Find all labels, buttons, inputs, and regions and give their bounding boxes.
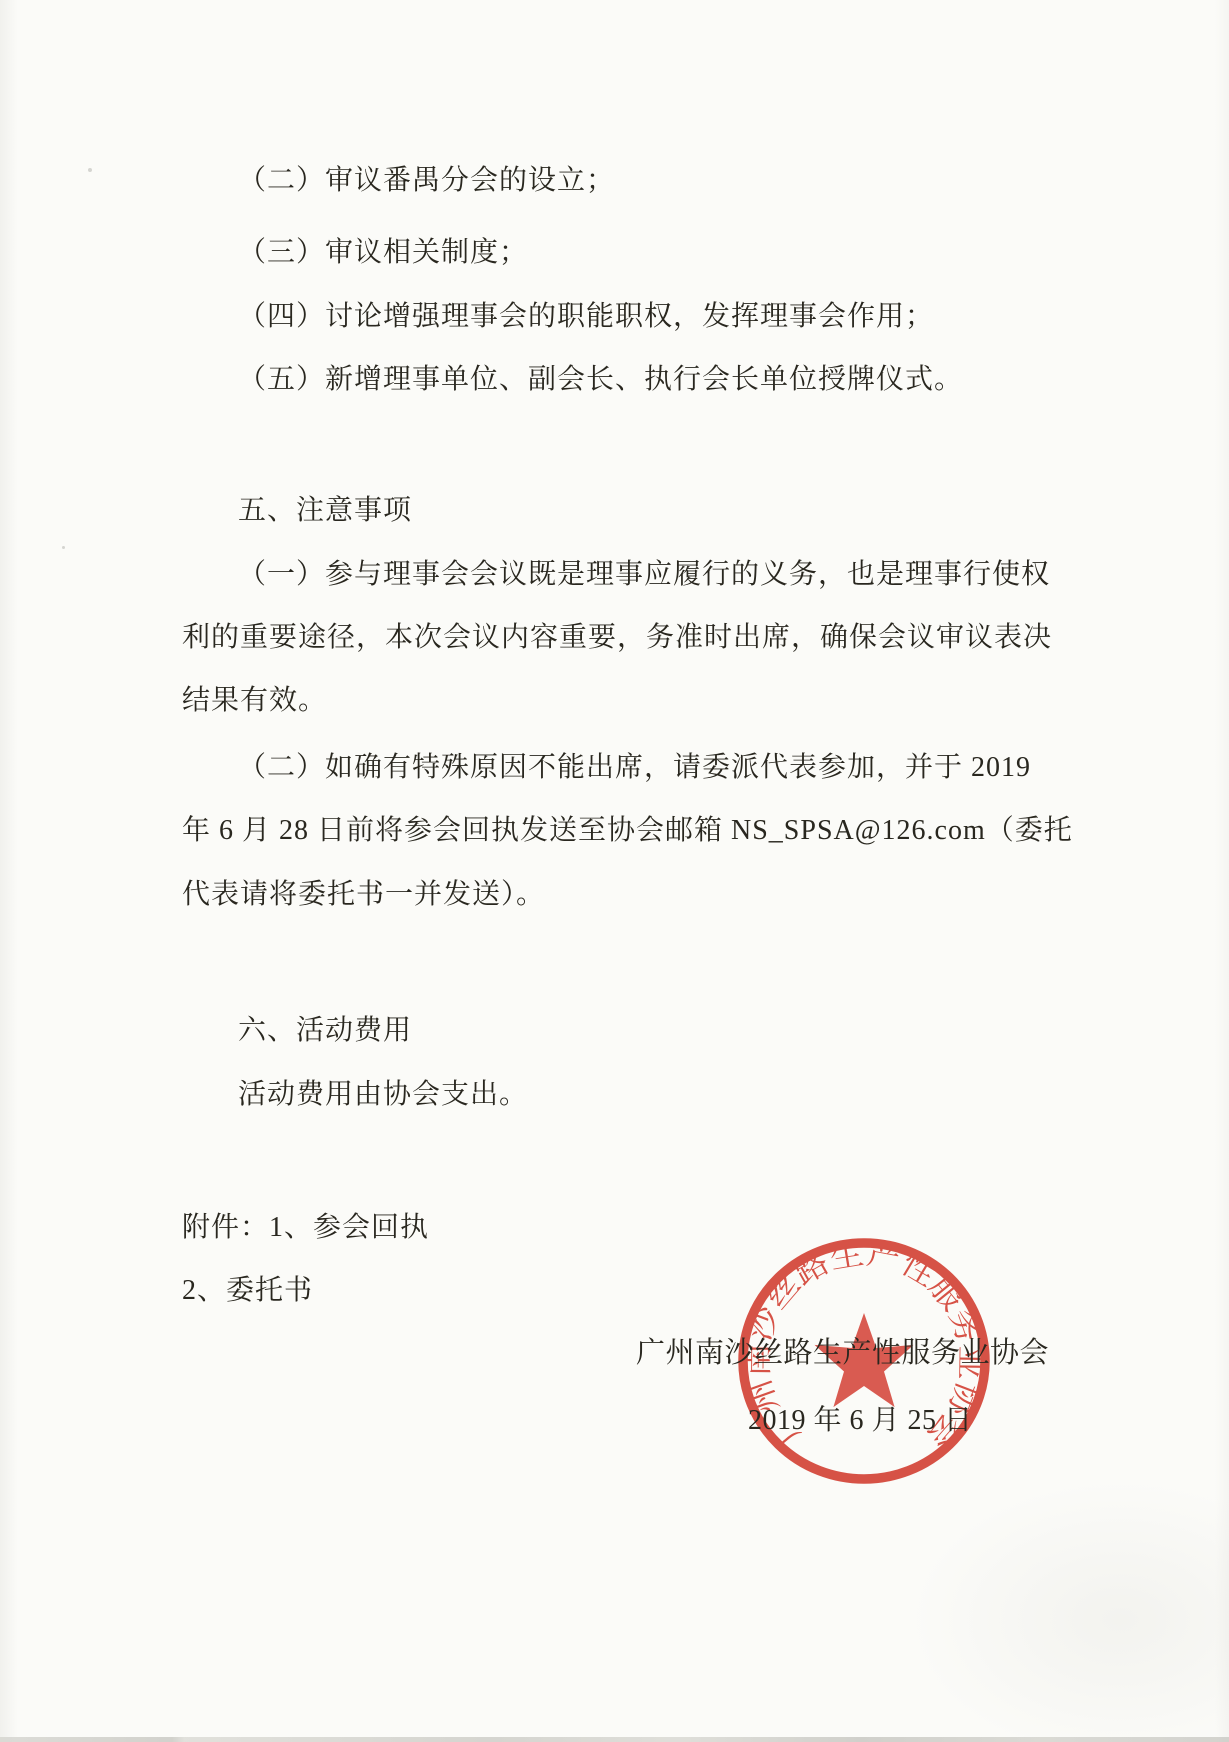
list-item-5: （五）新增理事单位、副会长、执行会长单位授牌仪式。 bbox=[182, 357, 1082, 397]
paragraph-line: （一）参与理事会会议既是理事应履行的义务，也是理事行使权 bbox=[182, 552, 1082, 592]
paragraph-line: （二）如确有特殊原因不能出席，请委派代表参加，并于 2019 bbox=[182, 745, 1082, 785]
paragraph-line: 结果有效。 bbox=[182, 678, 1082, 718]
list-item-3: （三）审议相关制度； bbox=[182, 230, 1082, 270]
paragraph-line: 代表请将委托书一并发送）。 bbox=[182, 872, 1082, 912]
section-heading-5: 五、注意事项 bbox=[182, 488, 1082, 528]
signature-org-name: 广州南沙丝路生产性服务业协会 bbox=[636, 1330, 1049, 1371]
scanned-document-page: （二）审议番禺分会的设立； （三）审议相关制度； （四）讨论增强理事会的职能职权… bbox=[0, 0, 1229, 1742]
paragraph-line: 活动费用由协会支出。 bbox=[182, 1072, 1082, 1112]
paragraph-line: 利的重要途径，本次会议内容重要，务准时出席，确保会议审议表决 bbox=[182, 615, 1082, 655]
signature-date: 2019 年 6 月 25 日 bbox=[748, 1398, 973, 1438]
paragraph-line: 年 6 月 28 日前将参会回执发送至协会邮箱 NS_SPSA@126.com（… bbox=[182, 808, 1082, 848]
list-item-4: （四）讨论增强理事会的职能职权，发挥理事会作用； bbox=[182, 294, 1082, 334]
section-heading-6: 六、活动费用 bbox=[182, 1008, 1082, 1048]
scan-speck bbox=[62, 546, 65, 549]
scan-bottom-edge bbox=[0, 1737, 1229, 1742]
scan-speck bbox=[88, 168, 92, 172]
list-item-2: （二）审议番禺分会的设立； bbox=[182, 158, 1082, 198]
